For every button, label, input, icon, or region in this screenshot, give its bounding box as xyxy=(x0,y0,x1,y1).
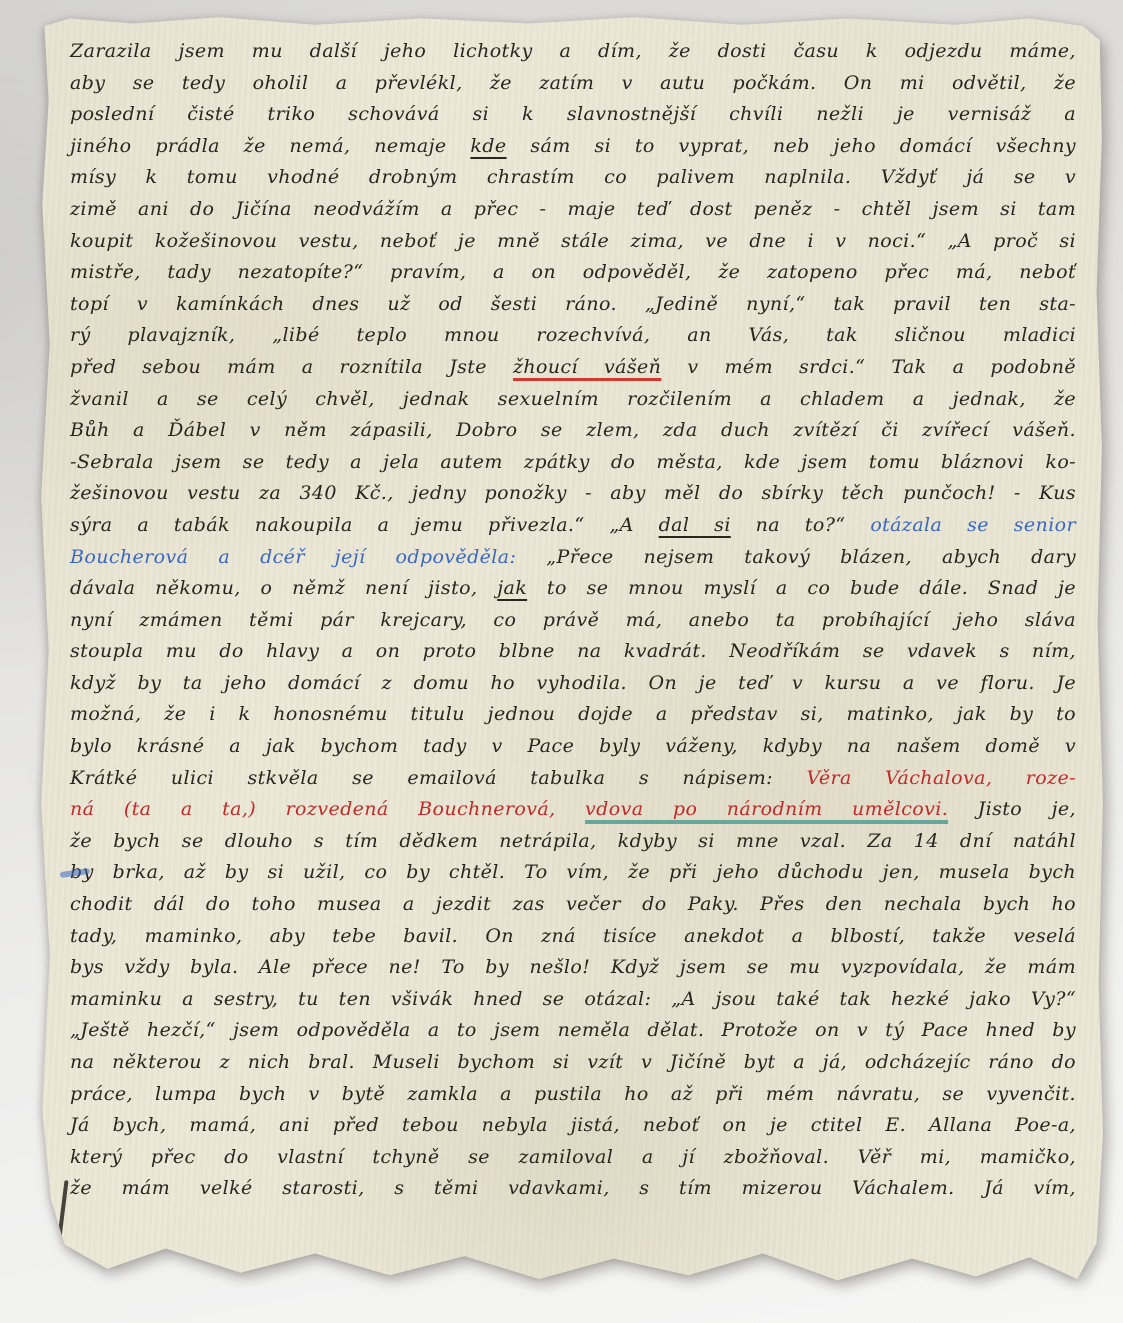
text-line: bylo krásné a jak bychom tady v Pace byl… xyxy=(70,731,1076,763)
text-line: že bych se dlouho s tím dědkem netrápila… xyxy=(70,826,1076,858)
text-segment: možná, že i k honosnému titulu jednou do… xyxy=(70,703,1076,725)
text-segment: zimě ani do Jičína neodvážím a přec - ma… xyxy=(70,198,1076,220)
ink-flourish xyxy=(57,1180,68,1238)
text-segment: mistře, tady nezatopíte?“ pravím, a on o… xyxy=(70,261,1076,283)
text-segment: žešinovou vestu za 340 Kč., jedny ponožk… xyxy=(70,482,1076,504)
text-segment: že bych se dlouho s tím dědkem netrápila… xyxy=(70,830,1076,852)
text-segment: ná (ta a ta,) rozvedená Bouchnerová, xyxy=(70,798,585,820)
text-segment: před sebou mám a roznítila Jste xyxy=(70,356,513,378)
text-line: rý plavajzník, „libé teplo mnou rozechví… xyxy=(70,320,1076,352)
text-segment: poslední čisté triko schovává si k slavn… xyxy=(70,103,1076,125)
text-line: stoupla mu do hlavy a on proto blbne na … xyxy=(70,636,1076,668)
text-segment: dávala někomu, o němž není jisto, xyxy=(70,577,497,599)
text-line: ná (ta a ta,) rozvedená Bouchnerová, vdo… xyxy=(70,794,1076,826)
text-line: „Ještě hezčí,“ jsem odpověděla a to jsem… xyxy=(70,1015,1076,1047)
text-segment: chodit dál do toho musea a jezdit zas ve… xyxy=(70,893,1076,915)
text-segment: v mém srdci.“ Tak a podobně xyxy=(661,356,1076,378)
text-line: že mám velké starosti, s těmi vdavkami, … xyxy=(70,1173,1076,1205)
text-segment: kde xyxy=(470,135,506,157)
text-segment: Já bych, mamá, ani před tebou nebyla jis… xyxy=(70,1114,1076,1136)
text-line: jiného prádla že nemá, nemaje kde sám si… xyxy=(70,131,1076,163)
text-line: když by ta jeho domácí z domu ho vyhodil… xyxy=(70,668,1076,700)
text-line: poslední čisté triko schovává si k slavn… xyxy=(70,99,1076,131)
text-segment: žhoucí vášeň xyxy=(513,356,661,378)
text-line: který přec do vlastní tchyně se zamilova… xyxy=(70,1142,1076,1174)
text-line: před sebou mám a roznítila Jste žhoucí v… xyxy=(70,352,1076,384)
text-segment: tady, maminko, aby tebe bavil. On zná ti… xyxy=(70,925,1076,947)
text-line: mísy k tomu vhodné drobným chrastím co p… xyxy=(70,162,1076,194)
text-line: chodit dál do toho musea a jezdit zas ve… xyxy=(70,889,1076,921)
text-segment: nyní zmámen těmi pár krejcary, co právě … xyxy=(70,609,1076,631)
text-line: možná, že i k honosnému titulu jednou do… xyxy=(70,699,1076,731)
letter-page: Zarazila jsem mu další jeho lichotky a d… xyxy=(38,12,1104,1288)
text-line: dávala někomu, o němž není jisto, jak to… xyxy=(70,573,1076,605)
text-segment: maminku a sestry, tu ten všivák hned se … xyxy=(70,988,1076,1010)
text-line: koupit kožešinovou vestu, neboť je mně s… xyxy=(70,226,1076,258)
text-line: bys vždy byla. Ale přece ne! To by nešlo… xyxy=(70,952,1076,984)
text-segment: který přec do vlastní tchyně se zamilova… xyxy=(70,1146,1076,1168)
text-segment: žvanil a se celý chvěl, jednak sexuelním… xyxy=(70,388,1076,410)
text-segment: Jisto je, xyxy=(948,798,1076,820)
text-segment: to se mnou myslí a co bude dále. Snad je xyxy=(527,577,1076,599)
text-segment: „Přece nejsem takový blázen, abych dary xyxy=(516,546,1076,568)
text-segment: jak xyxy=(497,577,527,599)
text-line: nyní zmámen těmi pár krejcary, co právě … xyxy=(70,605,1076,637)
text-segment: sám si to vyprat, neb jeho domácí všechn… xyxy=(507,135,1076,157)
text-line: zimě ani do Jičína neodvážím a přec - ma… xyxy=(70,194,1076,226)
text-segment: topí v kamínkách dnes už od šesti ráno. … xyxy=(70,293,1076,315)
text-line: Boucherová a dcéř její odpověděla: „Přec… xyxy=(70,542,1076,574)
text-segment: sýra a tabák nakoupila a jemu přivezla.“… xyxy=(70,514,659,536)
text-segment: koupit kožešinovou vestu, neboť je mně s… xyxy=(70,230,1076,252)
text-segment: otázala se senior xyxy=(870,514,1076,536)
text-segment: -Sebrala jsem se tedy a jela autem zpátk… xyxy=(70,451,1076,473)
text-segment: bys vždy byla. Ale přece ne! To by nešlo… xyxy=(70,956,1076,978)
text-segment: na to?“ xyxy=(731,514,871,536)
text-segment: Věra Váchalova, roze- xyxy=(806,767,1076,789)
text-segment: jiného prádla že nemá, nemaje xyxy=(70,135,470,157)
letter-page-wrapper: Zarazila jsem mu další jeho lichotky a d… xyxy=(38,12,1104,1288)
text-segment: vdova po národním umělcovi. xyxy=(585,798,948,820)
text-segment: že mám velké starosti, s těmi vdavkami, … xyxy=(70,1177,1076,1199)
text-line: maminku a sestry, tu ten všivák hned se … xyxy=(70,984,1076,1016)
text-line: mistře, tady nezatopíte?“ pravím, a on o… xyxy=(70,257,1076,289)
text-line: žvanil a se celý chvěl, jednak sexuelním… xyxy=(70,384,1076,416)
text-line: aby se tedy oholil a převlékl, že zatím … xyxy=(70,68,1076,100)
text-line: Já bych, mamá, ani před tebou nebyla jis… xyxy=(70,1110,1076,1142)
text-line: Krátké ulici stkvěla se emailová tabulka… xyxy=(70,763,1076,795)
text-segment: stoupla mu do hlavy a on proto blbne na … xyxy=(70,640,1076,662)
text-segment: Bůh a Ďábel v něm zápasili, Dobro se zle… xyxy=(70,419,1076,441)
text-line: by brka, až by si užil, co by chtěl. To … xyxy=(70,857,1076,889)
text-segment: Krátké ulici stkvěla se emailová tabulka… xyxy=(70,767,806,789)
text-segment: Boucherová a dcéř její odpověděla: xyxy=(70,546,516,568)
text-segment: dal si xyxy=(659,514,731,536)
text-segment: Zarazila jsem mu další jeho lichotky a d… xyxy=(70,40,1076,62)
letter-text: Zarazila jsem mu další jeho lichotky a d… xyxy=(70,36,1076,1205)
text-segment: „Ještě hezčí,“ jsem odpověděla a to jsem… xyxy=(70,1019,1076,1041)
text-segment: na některou z nich bral. Museli bychom s… xyxy=(70,1051,1076,1073)
text-segment: mísy k tomu vhodné drobným chrastím co p… xyxy=(70,166,1076,188)
text-line: sýra a tabák nakoupila a jemu přivezla.“… xyxy=(70,510,1076,542)
text-segment: práce, lumpa bych v bytě zamkla a pustil… xyxy=(70,1083,1076,1105)
text-segment: rý plavajzník, „libé teplo mnou rozechví… xyxy=(70,324,1076,346)
text-line: práce, lumpa bych v bytě zamkla a pustil… xyxy=(70,1079,1076,1111)
text-segment: bylo krásné a jak bychom tady v Pace byl… xyxy=(70,735,1076,757)
text-line: na některou z nich bral. Museli bychom s… xyxy=(70,1047,1076,1079)
text-line: žešinovou vestu za 340 Kč., jedny ponožk… xyxy=(70,478,1076,510)
text-line: Zarazila jsem mu další jeho lichotky a d… xyxy=(70,36,1076,68)
text-segment: když by ta jeho domácí z domu ho vyhodil… xyxy=(70,672,1076,694)
text-line: Bůh a Ďábel v něm zápasili, Dobro se zle… xyxy=(70,415,1076,447)
text-segment: by brka, až by si užil, co by chtěl. To … xyxy=(70,861,1076,883)
text-line: topí v kamínkách dnes už od šesti ráno. … xyxy=(70,289,1076,321)
text-segment: aby se tedy oholil a převlékl, že zatím … xyxy=(70,72,1076,94)
text-line: tady, maminko, aby tebe bavil. On zná ti… xyxy=(70,921,1076,953)
text-line: -Sebrala jsem se tedy a jela autem zpátk… xyxy=(70,447,1076,479)
